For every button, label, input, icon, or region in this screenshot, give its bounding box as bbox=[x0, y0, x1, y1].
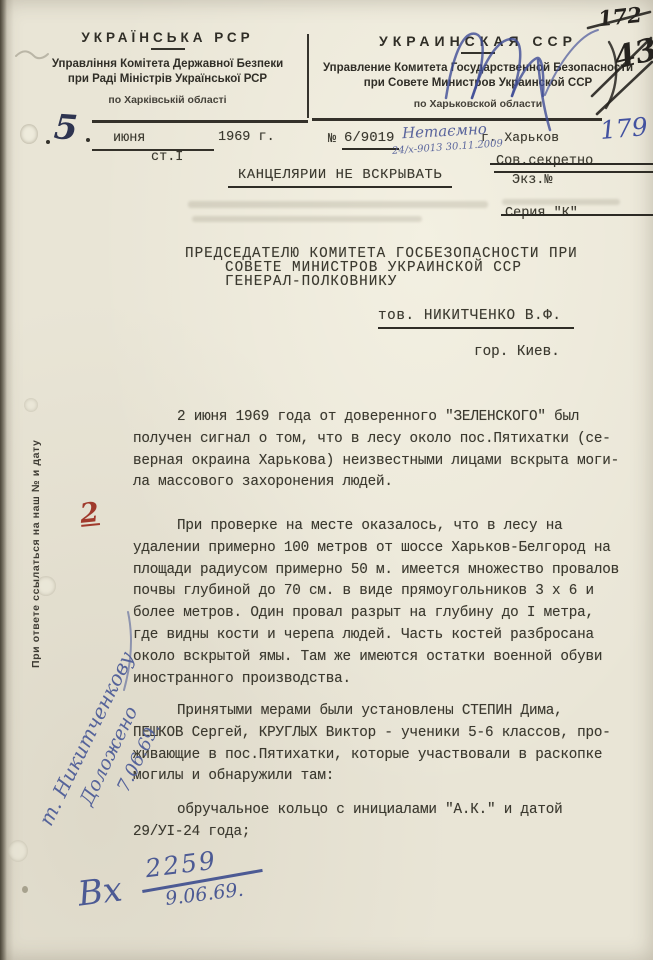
ink-dot bbox=[22, 886, 28, 893]
body-line: 29/УІ-24 года; bbox=[133, 822, 648, 844]
bleed-through-smudge bbox=[188, 201, 488, 208]
recipient-city: гор. Киев. bbox=[474, 344, 560, 360]
page-number-crossed-1: 172 bbox=[597, 2, 643, 31]
bleed-through-smudge bbox=[192, 216, 422, 222]
quote-dot bbox=[46, 140, 50, 144]
letterhead-divider bbox=[307, 34, 309, 118]
letterhead-right: УКРАИНСКАЯ ССР Управление Комитета Госуд… bbox=[316, 33, 640, 112]
body-line: ла массового захоронения людей. bbox=[133, 472, 648, 494]
letterhead-left-title: УКРАЇНСЬКА РСР bbox=[30, 30, 305, 45]
inbox-fraction: 2259 9.06.69. bbox=[144, 846, 219, 884]
body-line: ПЕШКОВ Сергей, КРУГЛЫХ Виктор - ученики … bbox=[133, 723, 648, 745]
st-line: ст.I bbox=[151, 150, 183, 165]
document-page: УКРАЇНСЬКА РСР Управління Комітета Держа… bbox=[0, 0, 653, 960]
letterhead-right-line2: при Совете Министров Украинской ССР bbox=[316, 76, 640, 91]
bleed-through-smudge bbox=[502, 199, 620, 205]
page-number-current: 179 bbox=[599, 112, 649, 145]
quote-dot bbox=[86, 138, 90, 142]
scan-edge-shadow bbox=[0, 0, 7, 960]
paragraph: обручальное кольцо с инициалами "А.К." и… bbox=[133, 800, 648, 844]
body-line: иностранного производства. bbox=[133, 669, 648, 691]
paragraph: Принятыми мерами были установлены СТЕПИН… bbox=[133, 701, 648, 788]
paragraph: 2 июня 1969 года от доверенного "ЗЕЛЕНСК… bbox=[133, 407, 648, 494]
letterhead-right-title: УКРАИНСКАЯ ССР bbox=[316, 33, 640, 49]
margin-reference-note: При ответе ссылаться на наш № и дату bbox=[30, 440, 42, 668]
body-line: 2 июня 1969 года от доверенного "ЗЕЛЕНСК… bbox=[133, 407, 648, 429]
secrecy-stamp: Сов.секретно bbox=[494, 154, 653, 173]
letterhead-left-line1: Управління Комітета Державної Безпеки bbox=[30, 57, 305, 72]
letterhead-rule-left bbox=[92, 120, 308, 123]
title-rule bbox=[151, 48, 185, 50]
addressee-line3: ГЕНЕРАЛ-ПОЛКОВНИКУ bbox=[225, 274, 397, 290]
body-line: живающие в пос.Пятихатки, которые участв… bbox=[133, 745, 648, 767]
month-typed: июня bbox=[113, 131, 145, 146]
body-line: При проверке на месте оказалось, что в л… bbox=[133, 516, 648, 538]
year-typed: 1969 г. bbox=[218, 130, 275, 145]
handwritten-day: 5 bbox=[53, 107, 79, 149]
letterhead-right-line3: по Харьковской области bbox=[316, 97, 640, 112]
punch-hole bbox=[8, 840, 28, 862]
copy-number: Экз.№ bbox=[512, 173, 553, 188]
letterhead-left: УКРАЇНСЬКА РСР Управління Комітета Держа… bbox=[30, 30, 305, 108]
body-line: удалении примерно 100 метров от шоссе Ха… bbox=[133, 538, 648, 560]
body-line: получен сигнал о том, что в лесу около п… bbox=[133, 429, 648, 451]
document-number: 6/9019 bbox=[342, 130, 399, 150]
letterhead-right-line1: Управление Комитета Государственной Безо… bbox=[316, 61, 640, 76]
body-line: обручальное кольцо с инициалами "А.К." и… bbox=[133, 800, 648, 822]
body-line: могилы и обнаружили там: bbox=[133, 766, 648, 788]
red-page-mark: 2 bbox=[78, 497, 100, 530]
number-sign: № bbox=[328, 132, 336, 147]
punch-hole bbox=[20, 124, 38, 144]
letterhead-left-line3: по Харківській області bbox=[30, 93, 305, 108]
letterhead-left-line2: при Раді Міністрів Української РСР bbox=[30, 72, 305, 87]
series-stamp: Серия "К" bbox=[505, 206, 653, 221]
title-rule bbox=[461, 52, 495, 54]
inbox-prefix: Вх bbox=[76, 869, 125, 914]
punch-hole bbox=[24, 398, 38, 412]
body-line: верная окраина Харькова) неизвестными ли… bbox=[133, 451, 648, 473]
chancellery-stamp: КАНЦЕЛЯРИИ НЕ ВСКРЫВАТЬ bbox=[228, 168, 452, 188]
inbox-registration-note: Вх 2259 9.06.69. bbox=[76, 869, 125, 914]
declass-note-line1: Нетаємно bbox=[402, 120, 488, 142]
recipient-name: тов. НИКИТЧЕНКО В.Ф. bbox=[378, 308, 574, 329]
body-line: Принятыми мерами были установлены СТЕПИН… bbox=[133, 701, 648, 723]
body-line: около вскрытой ямы. Там же имеются остат… bbox=[133, 647, 648, 669]
letterhead-rule-right bbox=[312, 118, 602, 121]
